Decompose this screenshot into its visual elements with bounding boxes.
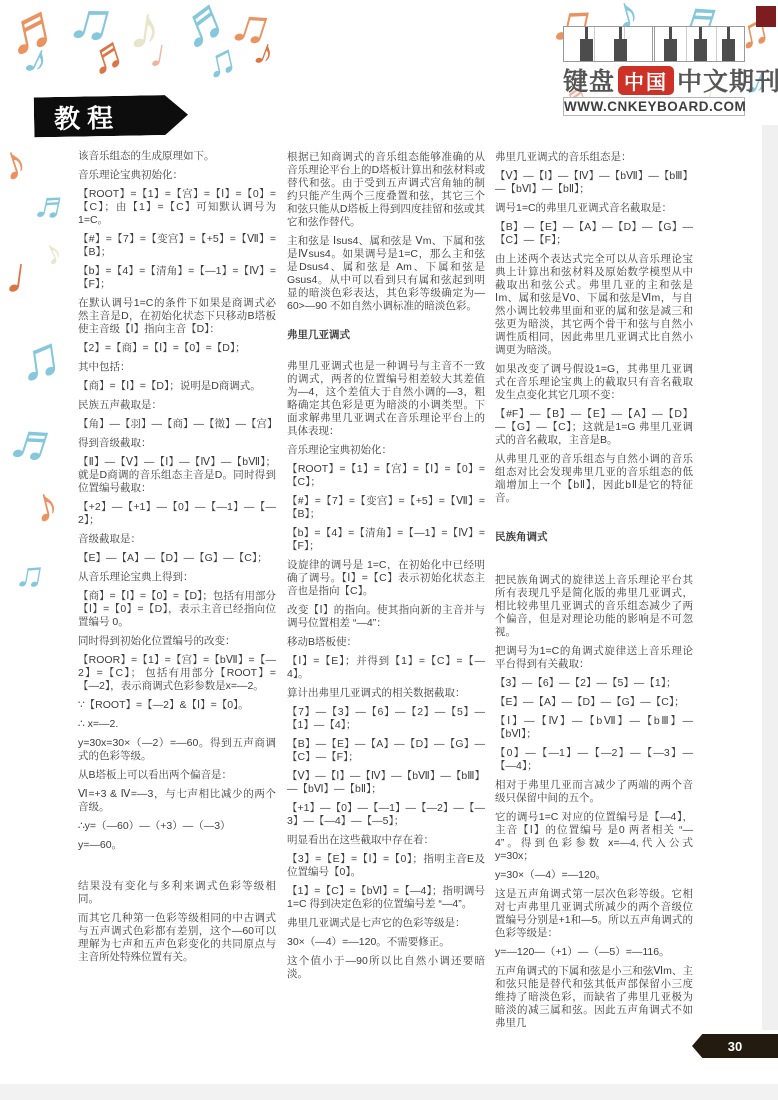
paragraph: ∵【ROOT】=【—2】&【Ⅰ】=【0】。 <box>78 699 276 712</box>
music-note-icon: ♫ <box>14 327 65 390</box>
paragraph: 【0】—【—1】—【—2】—【—3】—【—4】； <box>495 747 693 773</box>
paragraph: 【+2】—【+1】—【0】—【—1】—【—2】； <box>78 501 276 527</box>
paragraph: 【B】—【E】—【A】—【D】—【G】—【C】—【F】； <box>287 738 485 764</box>
magazine-page: ♬♫♪♬♫♪♬♩♫♪♪♬♪♩♫♬♪♫♫♪♬♫♪♬♩ 教程 键盘 中国 中文期刊 … <box>0 0 778 1100</box>
paragraph: 主和弦是 Ⅰsus4、属和弦是 Ⅴm、下属和弦是Ⅳsus4。如果调号是1=C，那… <box>287 235 485 313</box>
paragraph: 设旋律的调号是 1=C，在初始化中已经明确了调号。【Ⅰ】=【C】表示初始化状态主… <box>287 559 485 598</box>
paragraph: 音乐理论宝典初始化： <box>287 444 485 457</box>
paragraph: 【Ⅱ】—【Ⅴ】—【Ⅰ】—【Ⅳ】—【bⅦ】；就是D商调的音乐组态主音是D。同时得到… <box>78 456 276 495</box>
website-url: WWW.CNKEYBOARD.COM <box>563 97 745 116</box>
paragraph: Ⅵ=+3 & Ⅳ=—3，与七声相比减少的两个音级。 <box>78 788 276 814</box>
paragraph: 从音乐理论宝典上得到： <box>78 571 276 584</box>
paragraph: 同时得到初始化位置编号的改变： <box>78 635 276 648</box>
paragraph: 【#】=【7】=【变宫】=【+5】=【Ⅶ】=【B】； <box>287 495 485 521</box>
paragraph: 【E】—【A】—【D】—【G】—【C】； <box>495 696 693 709</box>
paragraph: 把民族角调式的旋律送上音乐理论平台其所有表现几乎是简化版的弗里几亚调式，相比较弗… <box>495 574 693 639</box>
paragraph: 音级截取是： <box>78 533 276 546</box>
music-note-icon: ♪ <box>0 137 33 190</box>
paragraph: ∴ x=—2. <box>78 718 276 731</box>
text-column-left: 该音乐组态的生成原理如下。音乐理论宝典初始化：【ROOT】=【1】=【宫】=【Ⅰ… <box>78 150 276 970</box>
paragraph: 【7】—【3】—【6】—【2】—【5】—【1】—【4】； <box>287 706 485 732</box>
paragraph: 由上述两个表达式完全可以从音乐理论宝典上计算出和弦材料及原始数学模型从中截取出和… <box>495 253 693 357</box>
paragraph: 移动B塔板使： <box>287 636 485 649</box>
section-heading: 弗里几亚调式 <box>287 329 485 342</box>
paragraph: 算计出弗里几亚调式的相关数据截取： <box>287 687 485 700</box>
tutorial-banner-label: 教程 <box>54 97 121 135</box>
music-note-icon: ♬ <box>3 408 74 479</box>
paragraph: 结果没有变化与多利来调式色彩等级相同。 <box>78 880 276 906</box>
paragraph: 【1】=【C】=【bⅥ】=【—4】；指明调号1=C 得到决定色彩的位置编号差 “… <box>287 885 485 911</box>
text-column-middle: 根据已知商调式的音乐组态能够准确的从音乐理论平台上的D塔板计算出和弦材料或替代和… <box>287 151 485 987</box>
paragraph: 30×（—4）=—120。不需要修正。 <box>287 936 485 949</box>
paragraph: 得到音级截取： <box>78 437 276 450</box>
paragraph: 五声角调式的下属和弦是小三和弦Ⅵm、主和弦只能是替代和弦其低声部保留小三度维持了… <box>495 965 693 1030</box>
paragraph: 音乐理论宝典初始化： <box>78 169 276 182</box>
china-stamp: 中国 <box>618 66 674 95</box>
paragraph: 弗里几亚调式是七声它的色彩等级是： <box>287 917 485 930</box>
paragraph: 其中包括： <box>78 361 276 374</box>
paragraph: 【ROOR】=【1】=【宫】=【bⅦ】=【—2】=【C】； 包括有用部分【ROO… <box>78 654 276 693</box>
text-column-right: 弗里几亚调式的音乐组态是：【Ⅴ】—【Ⅰ】—【Ⅳ】—【bⅦ】—【bⅢ】—【bⅥ】—… <box>495 151 693 1036</box>
paragraph: 【B】—【E】—【A】—【D】—【G】—【C】—【F】； <box>495 221 693 247</box>
paragraph: 把调号为1=C的角调式旋律送上音乐理论平台得到有关截取： <box>495 645 693 671</box>
music-note-icon: ♬ <box>30 182 77 229</box>
paragraph: 【商】=【Ⅰ】=【D】；说明是D商调式。 <box>78 380 276 393</box>
paragraph: 【#F】—【B】—【E】—【A】—【D】—【G】—【C】；这就是1=G 弗里几亚… <box>495 408 693 447</box>
paragraph: 从弗里几亚的音乐组态与自然小调的音乐组态对比会发现弗里几亚的音乐组态的低端增加上… <box>495 453 693 505</box>
music-note-icon: ♩ <box>147 33 193 79</box>
paragraph: 【3】—【6】—【2】—【5】—【1】； <box>495 677 693 690</box>
magazine-logo: 键盘 中国 中文期刊 WWW.CNKEYBOARD.COM <box>563 26 745 116</box>
paragraph: 【角】—【羽】—【商】—【徵】—【宫】 <box>78 418 276 431</box>
paragraph: 这个值小于—90所以比自然小调还要暗淡。 <box>287 955 485 981</box>
paragraph: 这是五声角调式第一层次色彩等级。它相对七声弗里几亚调式所减少的两个音级位置编号分… <box>495 888 693 940</box>
music-note-icon: ♫ <box>13 554 48 596</box>
paragraph: y=30x=30×（—2）=—60。得到五声商调式的色彩等级。 <box>78 737 276 763</box>
paragraph: 【b】=【4】=【清角】=【—1】=【Ⅳ】=【F】； <box>287 527 485 553</box>
paragraph: 【ROOT】=【1】=【宫】=【Ⅰ】=【0】=【C】；由【1】=【C】可知默认调… <box>78 188 276 227</box>
corner-red-mark <box>756 6 776 27</box>
paragraph: 该音乐组态的生成原理如下。 <box>78 150 276 163</box>
paragraph: y=30×（—4）=—120。 <box>495 869 693 882</box>
page-number: 30 <box>728 1039 742 1054</box>
paragraph: ∴y=（—60）—（+3）—（—3） <box>78 820 276 833</box>
paragraph: 【Ⅰ】—【Ⅳ】—【bⅦ】—【bⅢ】—【bⅥ】； <box>495 715 693 741</box>
piano-keys-icon <box>563 26 745 62</box>
paragraph: 【Ⅰ】=【E】；并得到【1】=【C】=【—4】。 <box>287 655 485 681</box>
paragraph: 明显看出在这些截取中存在着： <box>287 834 485 847</box>
paragraph: 【Ⅴ】—【Ⅰ】—【Ⅳ】—【bⅦ】—【bⅢ】—【bⅥ】—【bⅡ】； <box>287 770 485 796</box>
paragraph: 弗里几亚调式的音乐组态是： <box>495 151 693 164</box>
paragraph: 调号1=C的弗里几亚调式音名截取是： <box>495 202 693 215</box>
page-number-banner: 30 <box>692 1034 778 1058</box>
paragraph: 【E】—【A】—【D】—【G】—【C】； <box>78 552 276 565</box>
music-note-icon: ♪ <box>29 480 64 532</box>
paragraph: 改变【Ⅰ】的指向。使其指向新的主音并与调号位置相差 “—4”： <box>287 604 485 630</box>
paragraph: 它的调号1=C 对应的位置编号是【—4】，主音【Ⅰ】的位置编号 是0 两者相关 … <box>495 811 693 863</box>
paragraph: 相对于弗里几亚而言减少了两端的两个音级只保留中间的五个。 <box>495 779 693 805</box>
paragraph: 民族五声截取是： <box>78 399 276 412</box>
paragraph: 【商】=【Ⅰ】=【0】=【D】；包括有用部分【Ⅰ】=【0】=【D】，表示主音已经… <box>78 590 276 629</box>
brand-left-text: 键盘 <box>563 62 615 98</box>
brand-row: 键盘 中国 中文期刊 <box>563 64 745 96</box>
paragraph: 【#】=【7】=【变宫】=【+5】=【Ⅶ】=【B】； <box>78 233 276 259</box>
paragraph: 在默认调号1=C的条件下如果是商调式必然主音是D，在初始化状态下只移动B塔板使主… <box>78 297 276 336</box>
tutorial-banner: 教程 <box>34 95 189 138</box>
music-note-icon: ♩ <box>3 249 62 308</box>
paragraph: 【b】=【4】=【清角】=【—1】=【Ⅳ】=【F】； <box>78 265 276 291</box>
paragraph: y=—60。 <box>78 839 276 852</box>
paragraph: 【+1】—【0】—【—1】—【—2】—【—3】—【—4】—【—5】； <box>287 802 485 828</box>
paragraph: 而其它几种第一色彩等级相同的中古调式与五声调式色彩都有差别，这个—60可以理解为… <box>78 912 276 964</box>
section-heading: 民族角调式 <box>495 531 693 544</box>
paragraph: 【3】=【E】=【Ⅰ】=【0】；指明主音E及位置编号【0】。 <box>287 853 485 879</box>
paragraph: 如果改变了调号假设1=G，其弗里几亚调式在音乐理论宝典上的截取只有音名截取发生点… <box>495 363 693 402</box>
paragraph: y=—120—（+1）—（—5）=—116。 <box>495 946 693 959</box>
paragraph: 弗里几亚调式也是一种调号与主音不一致的调式，两者的位置编号相差较大其差值为—4，… <box>287 360 485 438</box>
paragraph: 【ROOT】=【1】=【宫】=【Ⅰ】=【0】=【C】； <box>287 463 485 489</box>
brand-right-text: 中文期刊 <box>677 62 778 98</box>
paragraph: 从B塔板上可以看出两个偏音是： <box>78 769 276 782</box>
paragraph: 【Ⅴ】—【Ⅰ】—【Ⅳ】—【bⅦ】—【bⅢ】—【bⅥ】—【bⅡ】； <box>495 170 693 196</box>
paragraph: 【2】=【商】=【Ⅰ】=【0】=【D】； <box>78 342 276 355</box>
paragraph: 根据已知商调式的音乐组态能够准确的从音乐理论平台上的D塔板计算出和弦材料或替代和… <box>287 151 485 229</box>
